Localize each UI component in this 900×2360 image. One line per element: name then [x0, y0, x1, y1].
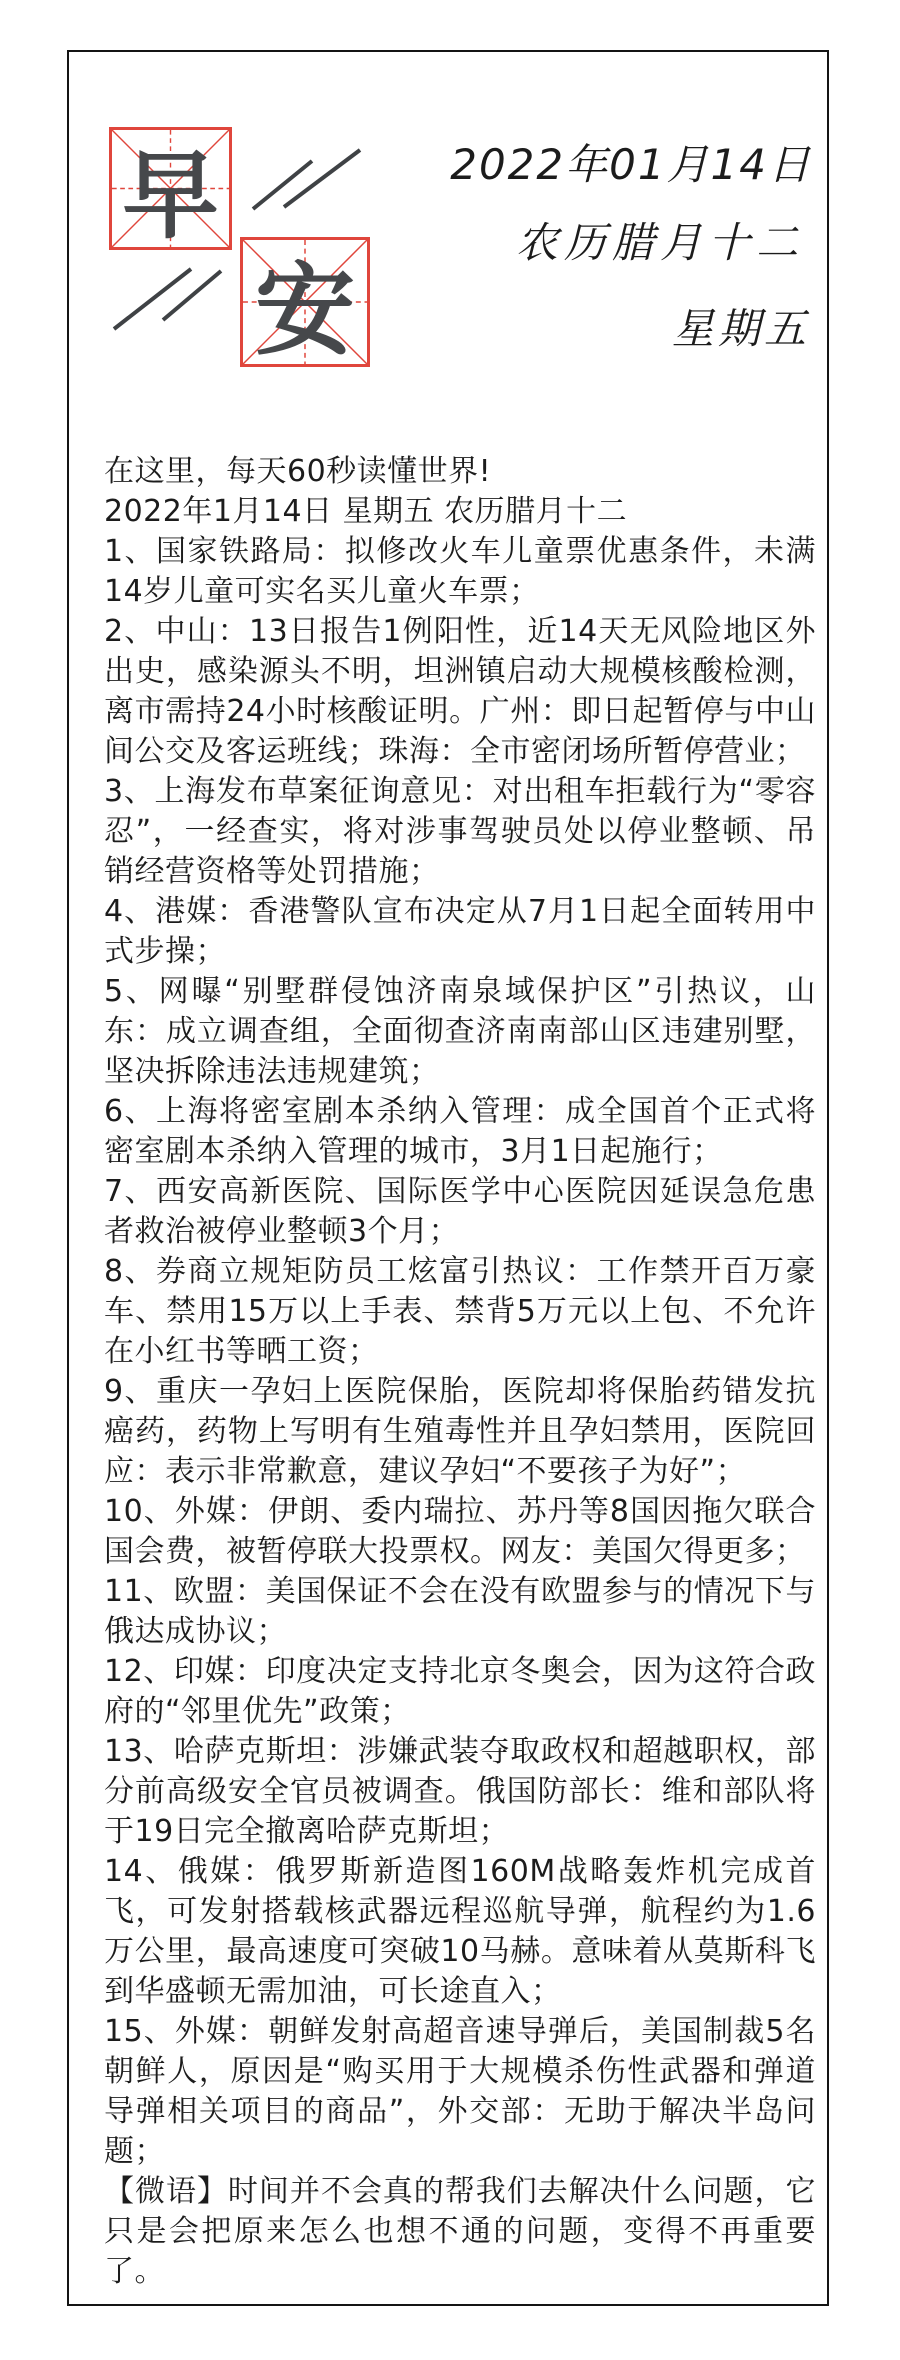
- news-item: 12、印媒：印度决定支持北京冬奥会，因为这符合政府的“邻里优先”政策；: [104, 1652, 816, 1732]
- news-item: 10、外媒：伊朗、委内瑞拉、苏丹等8国因拖欠联合国会费，被暂停联大投票权。网友：…: [104, 1492, 816, 1572]
- news-item: 11、欧盟：美国保证不会在没有欧盟参与的情况下与俄达成协议；: [104, 1572, 816, 1652]
- date-weekday: 星期五: [672, 296, 810, 356]
- news-body: 在这里，每天60秒读懂世界! 2022年1月14日 星期五 农历腊月十二 1、国…: [104, 452, 816, 2292]
- news-item: 15、外媒：朝鲜发射高超音速导弹后，美国制裁5名朝鲜人，原因是“购买用于大规模杀…: [104, 2012, 816, 2172]
- weiyu-line: 【微语】时间并不会真的帮我们去解决什么问题，它只是会把原来怎么也想不通的问题，变…: [104, 2172, 816, 2292]
- news-item: 2、中山：13日报告1例阳性，近14天无风险地区外出史，感染源头不明，坦洲镇启动…: [104, 612, 816, 772]
- news-item: 7、西安高新医院、国际医学中心医院因延误急危患者救治被停业整顿3个月；: [104, 1172, 816, 1252]
- news-item: 14、俄媒：俄罗斯新造图160M战略轰炸机完成首飞，可发射搭载核武器远程巡航导弹…: [104, 1852, 816, 2012]
- news-item: 5、网曝“别墅群侵蚀济南泉域保护区”引热议，山东：成立调查组，全面彻查济南南部山…: [104, 972, 816, 1092]
- news-item: 8、券商立规矩防员工炫富引热议：工作禁开百万豪车、禁用15万以上手表、禁背5万元…: [104, 1252, 816, 1372]
- news-item: 6、上海将密室剧本杀纳入管理：成全国首个正式将密室剧本杀纳入管理的城市，3月1日…: [104, 1092, 816, 1172]
- news-item: 1、国家铁路局：拟修改火车儿童票优惠条件，未满14岁儿童可实名买儿童火车票；: [104, 532, 816, 612]
- date-gregorian: 2022年01月14日: [450, 132, 812, 192]
- intro-line: 在这里，每天60秒读懂世界!: [104, 452, 816, 492]
- news-item: 13、哈萨克斯坦：涉嫌武装夺取政权和超越职权，部分前高级安全官员被调查。俄国防部…: [104, 1732, 816, 1852]
- news-item: 9、重庆一孕妇上医院保胎，医院却将保胎药错发抗癌药，药物上写明有生殖毒性并且孕妇…: [104, 1372, 816, 1492]
- double-slash-icon: [100, 140, 380, 340]
- news-item: 3、上海发布草案征询意见：对出租车拒载行为“零容忍”，一经查实，将对涉事驾驶员处…: [104, 772, 816, 892]
- intro-date-line: 2022年1月14日 星期五 农历腊月十二: [104, 492, 816, 532]
- news-item: 4、港媒：香港警队宣布决定从7月1日起全面转用中式步操；: [104, 892, 816, 972]
- date-lunar: 农历腊月十二: [516, 210, 804, 270]
